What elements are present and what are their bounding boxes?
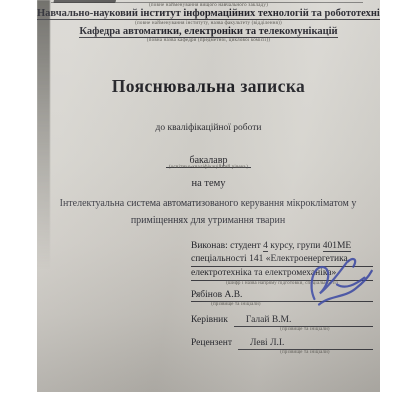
reviewer-name: Леві Л.І.: [250, 338, 284, 348]
theme-label: на тему: [37, 178, 380, 189]
thesis-theme: Інтелектуальна система автоматизованого …: [52, 195, 364, 229]
reviewer-label: Рецензент: [191, 337, 238, 350]
reviewer-name-line: Леві Л.І.: [238, 337, 373, 350]
reviewer-row: Рецензент Леві Л.І.: [191, 337, 373, 350]
group-number: 401МЕ: [323, 241, 352, 252]
paper-sheet: (повне найменування вищого навчального з…: [37, 0, 380, 392]
supervisor-name-line: Галай В.М.: [234, 314, 373, 327]
student-name: Рябінов А.В.: [191, 290, 242, 300]
theme-line-1: Інтелектуальна система автоматизованого …: [52, 195, 364, 212]
supervisor-label: Керівник: [191, 314, 234, 327]
caption-level: (освітньо-кваліфікаційний рівень): [37, 165, 380, 170]
department-name: Кафедра автоматики, електроніки та телек…: [37, 26, 380, 38]
supervisor-row: Керівник Галай В.М.: [191, 314, 373, 327]
supervisor-name: Галай В.М.: [246, 315, 292, 325]
caption-reviewer: (прізвище та ініціали): [237, 350, 373, 357]
subtitle: до кваліфікаційної роботи: [37, 123, 380, 133]
caption-department: (повна назва кафедри (предметної, циклов…: [37, 38, 380, 43]
institute-name: Навчально-науковий інститут інформаційни…: [37, 8, 380, 20]
executor-line-1: Виконав: студент 4 курсу, групи 401МЕ: [191, 240, 373, 253]
caption-student: (прізвище та ініціали): [191, 302, 281, 309]
page-title: Пояснювальна записка: [37, 76, 380, 97]
caption-supervisor: (прізвище та ініціали): [237, 327, 373, 334]
caption-reviewer-row: (прізвище та ініціали): [191, 350, 373, 357]
screenshot-of-document-photo: (повне найменування вищого навчального з…: [0, 0, 400, 400]
caption-supervisor-row: (прізвище та ініціали): [191, 327, 373, 334]
handwritten-signature: [300, 252, 380, 316]
theme-line-2: приміщеннях для утримання тварин: [52, 212, 364, 229]
